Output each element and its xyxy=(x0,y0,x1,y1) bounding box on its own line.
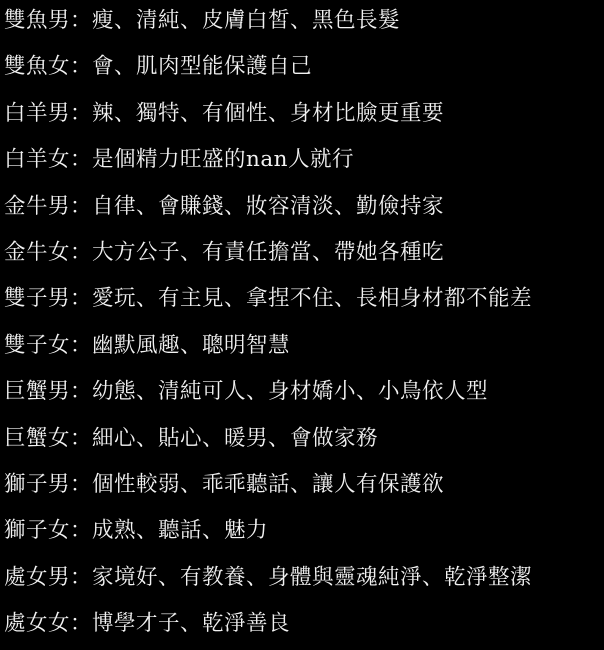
list-item: 雙魚男：瘦、清純、皮膚白皙、黑色長髮 xyxy=(4,0,604,46)
entry-label: 處女女 xyxy=(4,611,70,636)
entry-text: 大方公子、有責任擔當、帶她各種吃 xyxy=(92,240,444,265)
entry-text: 瘦、清純、皮膚白皙、黑色長髮 xyxy=(92,8,400,33)
list-item: 雙子男：愛玩、有主見、拿捏不住、長相身材都不能差 xyxy=(4,278,604,324)
list-item: 雙子女：幽默風趣、聰明智慧 xyxy=(4,325,604,371)
separator: ： xyxy=(70,278,92,320)
entry-label: 巨蟹女 xyxy=(4,426,70,451)
entry-label: 雙子男 xyxy=(4,286,70,311)
list-item: 獅子女：成熟、聽話、魅力 xyxy=(4,510,604,556)
list-item: 白羊男：辣、獨特、有個性、身材比臉更重要 xyxy=(4,93,604,139)
separator: ： xyxy=(70,603,92,645)
entry-label: 金牛女 xyxy=(4,240,70,265)
entry-label: 白羊女 xyxy=(4,147,70,172)
separator: ： xyxy=(70,232,92,274)
list-item: 金牛男：自律、會賺錢、妝容清淡、勤儉持家 xyxy=(4,186,604,232)
separator: ： xyxy=(70,46,92,88)
separator: ： xyxy=(70,510,92,552)
entry-text: 成熟、聽話、魅力 xyxy=(92,518,268,543)
list-item: 雙魚女：會、肌肉型能保護自己 xyxy=(4,46,604,92)
entry-text: 幽默風趣、聰明智慧 xyxy=(92,333,290,358)
separator: ： xyxy=(70,0,92,42)
entry-text: 個性較弱、乖乖聽話、讓人有保護欲 xyxy=(92,472,444,497)
entry-label: 金牛男 xyxy=(4,194,70,219)
separator: ： xyxy=(70,557,92,599)
list-item: 處女女：博學才子、乾淨善良 xyxy=(4,603,604,649)
separator: ： xyxy=(70,93,92,135)
entry-label: 雙魚女 xyxy=(4,54,70,79)
entry-text: 是個精力旺盛的nan人就行 xyxy=(92,147,354,172)
entry-label: 獅子男 xyxy=(4,472,70,497)
zodiac-preference-list: 雙魚男：瘦、清純、皮膚白皙、黑色長髮 雙魚女：會、肌肉型能保護自己 白羊男：辣、… xyxy=(4,0,604,649)
separator: ： xyxy=(70,186,92,228)
entry-label: 雙魚男 xyxy=(4,8,70,33)
entry-text: 家境好、有教養、身體與靈魂純淨、乾淨整潔 xyxy=(92,565,532,590)
separator: ： xyxy=(70,371,92,413)
entry-label: 白羊男 xyxy=(4,101,70,126)
list-item: 獅子男：個性較弱、乖乖聽話、讓人有保護欲 xyxy=(4,464,604,510)
entry-text: 幼態、清純可人、身材嬌小、小鳥依人型 xyxy=(92,379,488,404)
separator: ： xyxy=(70,325,92,367)
separator: ： xyxy=(70,464,92,506)
entry-text: 會、肌肉型能保護自己 xyxy=(92,54,312,79)
separator: ： xyxy=(70,418,92,460)
entry-text: 辣、獨特、有個性、身材比臉更重要 xyxy=(92,101,444,126)
entry-label: 巨蟹男 xyxy=(4,379,70,404)
list-item: 巨蟹女：細心、貼心、暖男、會做家務 xyxy=(4,418,604,464)
entry-label: 雙子女 xyxy=(4,333,70,358)
separator: ： xyxy=(70,139,92,181)
list-item: 處女男：家境好、有教養、身體與靈魂純淨、乾淨整潔 xyxy=(4,557,604,603)
entry-text: 博學才子、乾淨善良 xyxy=(92,611,290,636)
entry-text: 愛玩、有主見、拿捏不住、長相身材都不能差 xyxy=(92,286,532,311)
entry-text: 自律、會賺錢、妝容清淡、勤儉持家 xyxy=(92,194,444,219)
entry-text: 細心、貼心、暖男、會做家務 xyxy=(92,426,378,451)
list-item: 金牛女：大方公子、有責任擔當、帶她各種吃 xyxy=(4,232,604,278)
entry-label: 處女男 xyxy=(4,565,70,590)
entry-label: 獅子女 xyxy=(4,518,70,543)
list-item: 巨蟹男：幼態、清純可人、身材嬌小、小鳥依人型 xyxy=(4,371,604,417)
list-item: 白羊女：是個精力旺盛的nan人就行 xyxy=(4,139,604,185)
